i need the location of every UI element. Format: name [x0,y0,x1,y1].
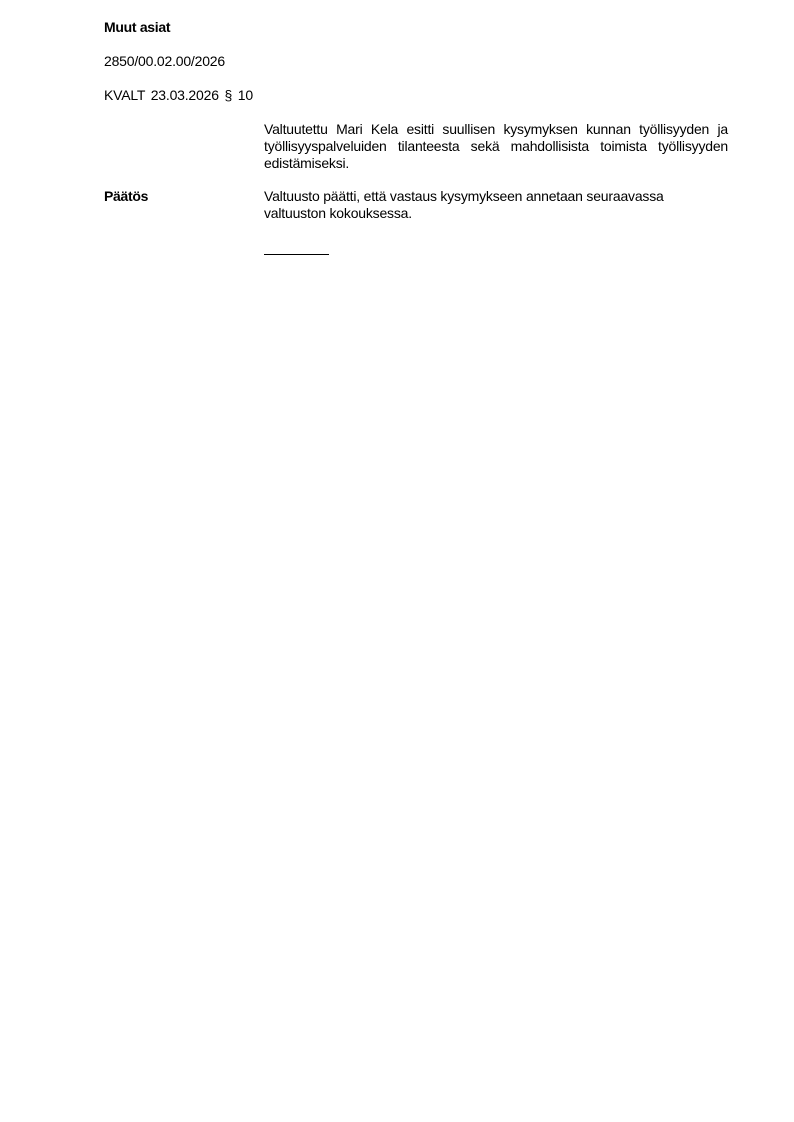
decision-label: Päätös [104,188,148,204]
end-divider [264,254,329,255]
meeting-reference: KVALT 23.03.2026 § 10 [104,87,253,103]
section-heading: Muut asiat [104,19,170,35]
intro-paragraph: Valtuutettu Mari Kela esitti suullisen k… [264,121,728,172]
decision-paragraph: Valtuusto päätti, että vastaus kysymykse… [264,188,704,222]
diary-number: 2850/00.02.00/2026 [104,53,225,69]
